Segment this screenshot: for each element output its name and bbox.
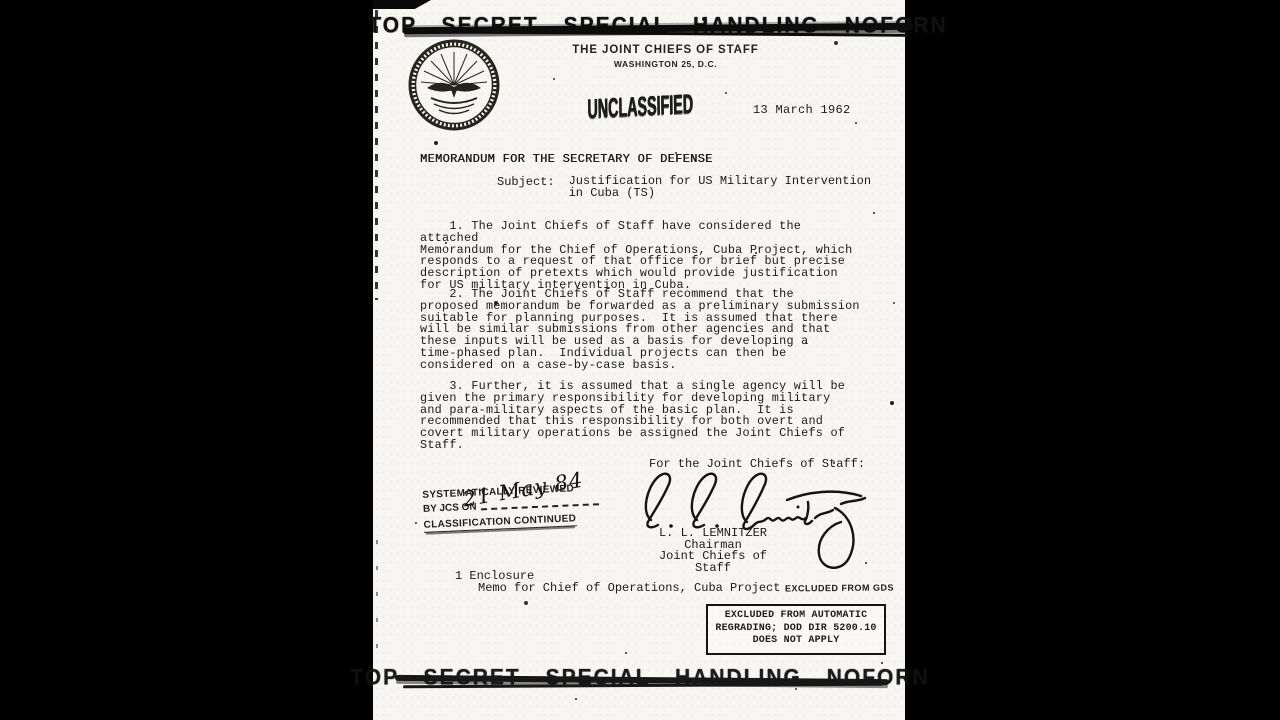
scan-corner-artifact <box>373 0 431 9</box>
body-paragraph-1: 1. The Joint Chiefs of Staff have consid… <box>420 221 864 292</box>
subject-line: Subject: Justification for US Military I… <box>497 175 871 199</box>
classification-banner-top: TOP SECRET SPECIAL HANDLING NOFORN <box>415 12 901 40</box>
letterhead-location: WASHINGTON 25, D.C. <box>523 59 808 69</box>
unclassified-stamp: UNCLASSIFIED <box>587 88 693 126</box>
document-date: 13 March 1962 <box>753 103 851 117</box>
signature-block: L. L. LEMNITZER Chairman Joint Chiefs of… <box>639 528 787 574</box>
letterhead-org: THE JOINT CHIEFS OF STAFF <box>523 44 808 56</box>
review-stamp-line3: CLASSIFICATION CONTINUED <box>423 513 576 533</box>
dod-seal-icon <box>403 38 505 132</box>
regrading-stamp-box: EXCLUDED FROM AUTOMATIC REGRADING; DOD D… <box>706 604 886 655</box>
letterbox-background: TOP SECRET SPECIAL HANDLING NOFORN <box>0 0 1280 720</box>
scan-edge-artifact <box>375 10 378 300</box>
scan-noise-specks <box>373 0 375 2</box>
document-page: TOP SECRET SPECIAL HANDLING NOFORN <box>373 0 905 720</box>
enclosure-title: Memo for Chief of Operations, Cuba Proje… <box>478 582 780 594</box>
jcs-review-stamp: SYSTEMATICALLY REVIEWED BY JCS ON CLASSI… <box>422 482 602 533</box>
subject-label: Subject: <box>497 175 555 199</box>
body-paragraph-2: 2. The Joint Chiefs of Staff recommend t… <box>420 289 864 372</box>
regrading-stamp-line3: DOES NOT APPLY <box>710 635 882 648</box>
letterhead: THE JOINT CHIEFS OF STAFF WASHINGTON 25,… <box>523 44 808 69</box>
body-paragraph-3: 3. Further, it is assumed that a single … <box>420 381 864 452</box>
classification-banner-bottom: TOP SECRET SPECIAL HANDLING NOFORN <box>403 663 877 693</box>
subject-text: Justification for US Military Interventi… <box>569 175 871 199</box>
regrading-stamp-line1: EXCLUDED FROM AUTOMATIC <box>710 610 882 623</box>
regrading-stamp-line2: REGRADING; DOD DIR 5200.10 <box>710 623 882 636</box>
enclosure-note: 1 Enclosure Memo for Chief of Operations… <box>455 570 780 594</box>
excluded-from-gds-stamp: EXCLUDED FROM GDS <box>785 583 894 594</box>
memo-addressee-line: MEMORANDUM FOR THE SECRETARY OF DEFENSE <box>420 152 713 166</box>
